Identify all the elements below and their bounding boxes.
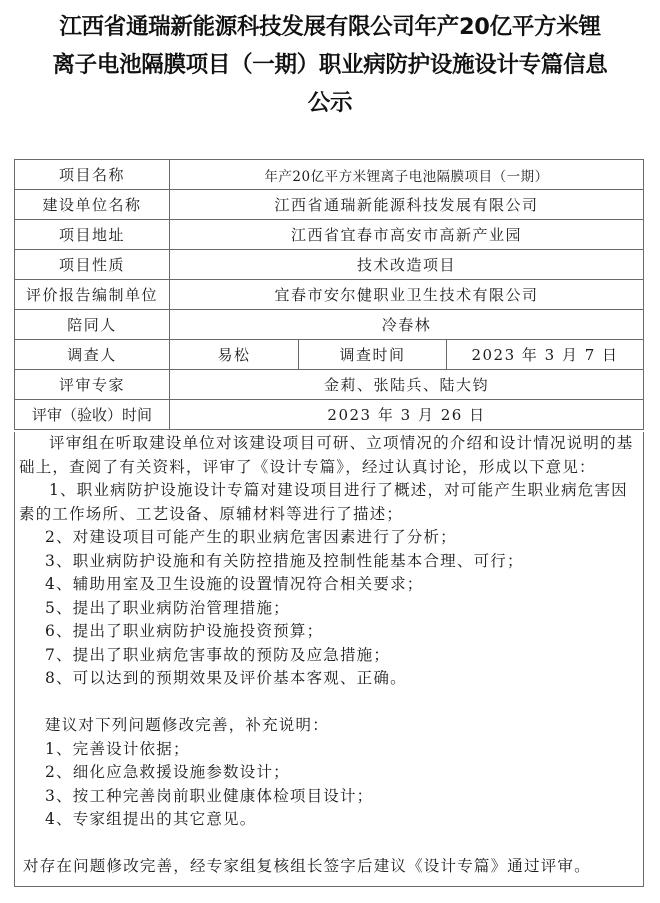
- review-time-value: 2023 年 3 月 26 日: [170, 400, 644, 430]
- spacer: [15, 832, 643, 856]
- suggestion-intro: 建议对下列问题修改完善，补充说明：: [15, 714, 643, 738]
- table-row: 项目名称 年产20亿平方米锂离子电池隔膜项目（一期）: [15, 160, 644, 190]
- suggestion-item: 4、专家组提出的其它意见。: [15, 808, 643, 832]
- suggestion-item: 1、完善设计依据；: [15, 738, 643, 762]
- opinion-item: 4、辅助用室及卫生设施的设置情况符合相关要求；: [15, 573, 643, 597]
- title-line-3: 公示: [0, 84, 660, 122]
- project-info-table: 项目名称 年产20亿平方米锂离子电池隔膜项目（一期） 建设单位名称 江西省通瑞新…: [14, 159, 644, 430]
- review-time-label: 评审（验收）时间: [15, 400, 170, 430]
- address-label: 项目地址: [15, 220, 170, 250]
- table-row: 评价报告编制单位 宜春市安尔健职业卫生技术有限公司: [15, 280, 644, 310]
- review-opinion-box: 评审组在听取建设单位对该建设项目可研、立项情况的介绍和设计情况说明的基础上，查阅…: [14, 432, 644, 887]
- table-row: 调查人 易松 调查时间 2023 年 3 月 7 日: [15, 340, 644, 370]
- address-value: 江西省宜春市高安市高新产业园: [170, 220, 644, 250]
- opinion-item: 6、提出了职业病防护设施投资预算；: [15, 620, 643, 644]
- table-row: 陪同人 冷春林: [15, 310, 644, 340]
- table-row: 评审（验收）时间 2023 年 3 月 26 日: [15, 400, 644, 430]
- report-unit-label: 评价报告编制单位: [15, 280, 170, 310]
- investigation-time-value: 2023 年 3 月 7 日: [447, 340, 644, 370]
- builder-label: 建设单位名称: [15, 190, 170, 220]
- investigation-time-label: 调查时间: [299, 340, 447, 370]
- opinion-item: 5、提出了职业病防治管理措施；: [15, 597, 643, 621]
- suggestion-item: 3、按工种完善岗前职业健康体检项目设计；: [15, 785, 643, 809]
- experts-value: 金莉、张陆兵、陆大钧: [170, 370, 644, 400]
- table-row: 评审专家 金莉、张陆兵、陆大钧: [15, 370, 644, 400]
- builder-value: 江西省通瑞新能源科技发展有限公司: [170, 190, 644, 220]
- spacer: [15, 691, 643, 715]
- opinion-item: 7、提出了职业病危害事故的预防及应急措施；: [15, 644, 643, 668]
- opinion-item: 2、对建设项目可能产生的职业病危害因素进行了分析；: [15, 526, 643, 550]
- nature-value: 技术改造项目: [170, 250, 644, 280]
- review-intro: 评审组在听取建设单位对该建设项目可研、立项情况的介绍和设计情况说明的基础上，查阅…: [15, 432, 643, 479]
- project-name-label: 项目名称: [15, 160, 170, 190]
- document-title: 江西省通瑞新能源科技发展有限公司年产20亿平方米锂 离子电池隔膜项目（一期）职业…: [0, 8, 660, 122]
- review-conclusion: 对存在问题修改完善，经专家组复核组长签字后建议《设计专篇》通过评审。: [15, 855, 643, 879]
- title-line-1: 江西省通瑞新能源科技发展有限公司年产20亿平方米锂: [0, 8, 660, 46]
- investigator-label: 调查人: [15, 340, 170, 370]
- experts-label: 评审专家: [15, 370, 170, 400]
- table-row: 项目地址 江西省宜春市高安市高新产业园: [15, 220, 644, 250]
- table-row: 项目性质 技术改造项目: [15, 250, 644, 280]
- escort-label: 陪同人: [15, 310, 170, 340]
- opinion-item: 1、职业病防护设施设计专篇对建设项目进行了概述，对可能产生职业病危害因素的工作场…: [15, 479, 643, 526]
- title-line-2: 离子电池隔膜项目（一期）职业病防护设施设计专篇信息: [0, 46, 660, 84]
- table-row: 建设单位名称 江西省通瑞新能源科技发展有限公司: [15, 190, 644, 220]
- nature-label: 项目性质: [15, 250, 170, 280]
- suggestion-item: 2、细化应急救援设施参数设计；: [15, 761, 643, 785]
- opinion-item: 8、可以达到的预期效果及评价基本客观、正确。: [15, 667, 643, 691]
- opinion-item: 3、职业病防护设施和有关防控措施及控制性能基本合理、可行；: [15, 550, 643, 574]
- escort-value: 冷春林: [170, 310, 644, 340]
- project-name-value: 年产20亿平方米锂离子电池隔膜项目（一期）: [170, 160, 644, 190]
- investigator-value: 易松: [170, 340, 299, 370]
- report-unit-value: 宜春市安尔健职业卫生技术有限公司: [170, 280, 644, 310]
